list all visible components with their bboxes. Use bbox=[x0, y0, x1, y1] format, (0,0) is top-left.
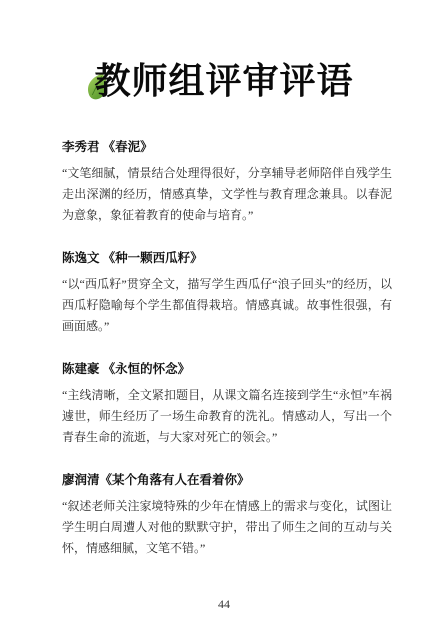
review-entry: 李秀君 《春泥》 “文笔细腻，情景结合处理得很好，分享辅导老师陪伴自残学生走出深… bbox=[62, 137, 392, 226]
entry-heading: 李秀君 《春泥》 bbox=[62, 137, 392, 158]
entry-comment: “以“西瓜籽”贯穿全文，描写学生西瓜仔“浪子回头”的经历，以西瓜籽隐喻每个学生都… bbox=[62, 274, 392, 337]
page-number: 44 bbox=[0, 597, 448, 612]
entry-comment: “主线清晰，全文紧扣题目，从课文篇名连接到学生“永恒”车祸遽世，师生经历了一场生… bbox=[62, 385, 392, 448]
entry-comment: “叙述老师关注家境特殊的少年在情感上的需求与变化，试图让学生明白周遭人对他的默默… bbox=[62, 496, 392, 559]
title-row: 教师组评审评语 bbox=[0, 58, 448, 105]
entry-heading: 陈建豪 《永恒的怀念》 bbox=[62, 359, 392, 380]
entry-heading: 廖润清《某个角落有人在看着你》 bbox=[62, 470, 392, 491]
page-title-text: 教师组评审评语 bbox=[94, 61, 353, 101]
review-entries: 李秀君 《春泥》 “文笔细腻，情景结合处理得很好，分享辅导老师陪伴自残学生走出深… bbox=[62, 137, 392, 559]
entry-comment: “文笔细腻，情景结合处理得很好，分享辅导老师陪伴自残学生走出深渊的经历，情感真挚… bbox=[62, 163, 392, 226]
entry-heading: 陈逸文 《种一颗西瓜籽》 bbox=[62, 248, 392, 269]
review-entry: 廖润清《某个角落有人在看着你》 “叙述老师关注家境特殊的少年在情感上的需求与变化… bbox=[62, 470, 392, 559]
page-title: 教师组评审评语 bbox=[94, 58, 353, 105]
review-entry: 陈逸文 《种一颗西瓜籽》 “以“西瓜籽”贯穿全文，描写学生西瓜仔“浪子回头”的经… bbox=[62, 248, 392, 337]
review-entry: 陈建豪 《永恒的怀念》 “主线清晰，全文紧扣题目，从课文篇名连接到学生“永恒”车… bbox=[62, 359, 392, 448]
document-page: 教师组评审评语 李秀君 《春泥》 “文笔细腻，情景结合处理得很好，分享辅导老师陪… bbox=[0, 0, 448, 640]
